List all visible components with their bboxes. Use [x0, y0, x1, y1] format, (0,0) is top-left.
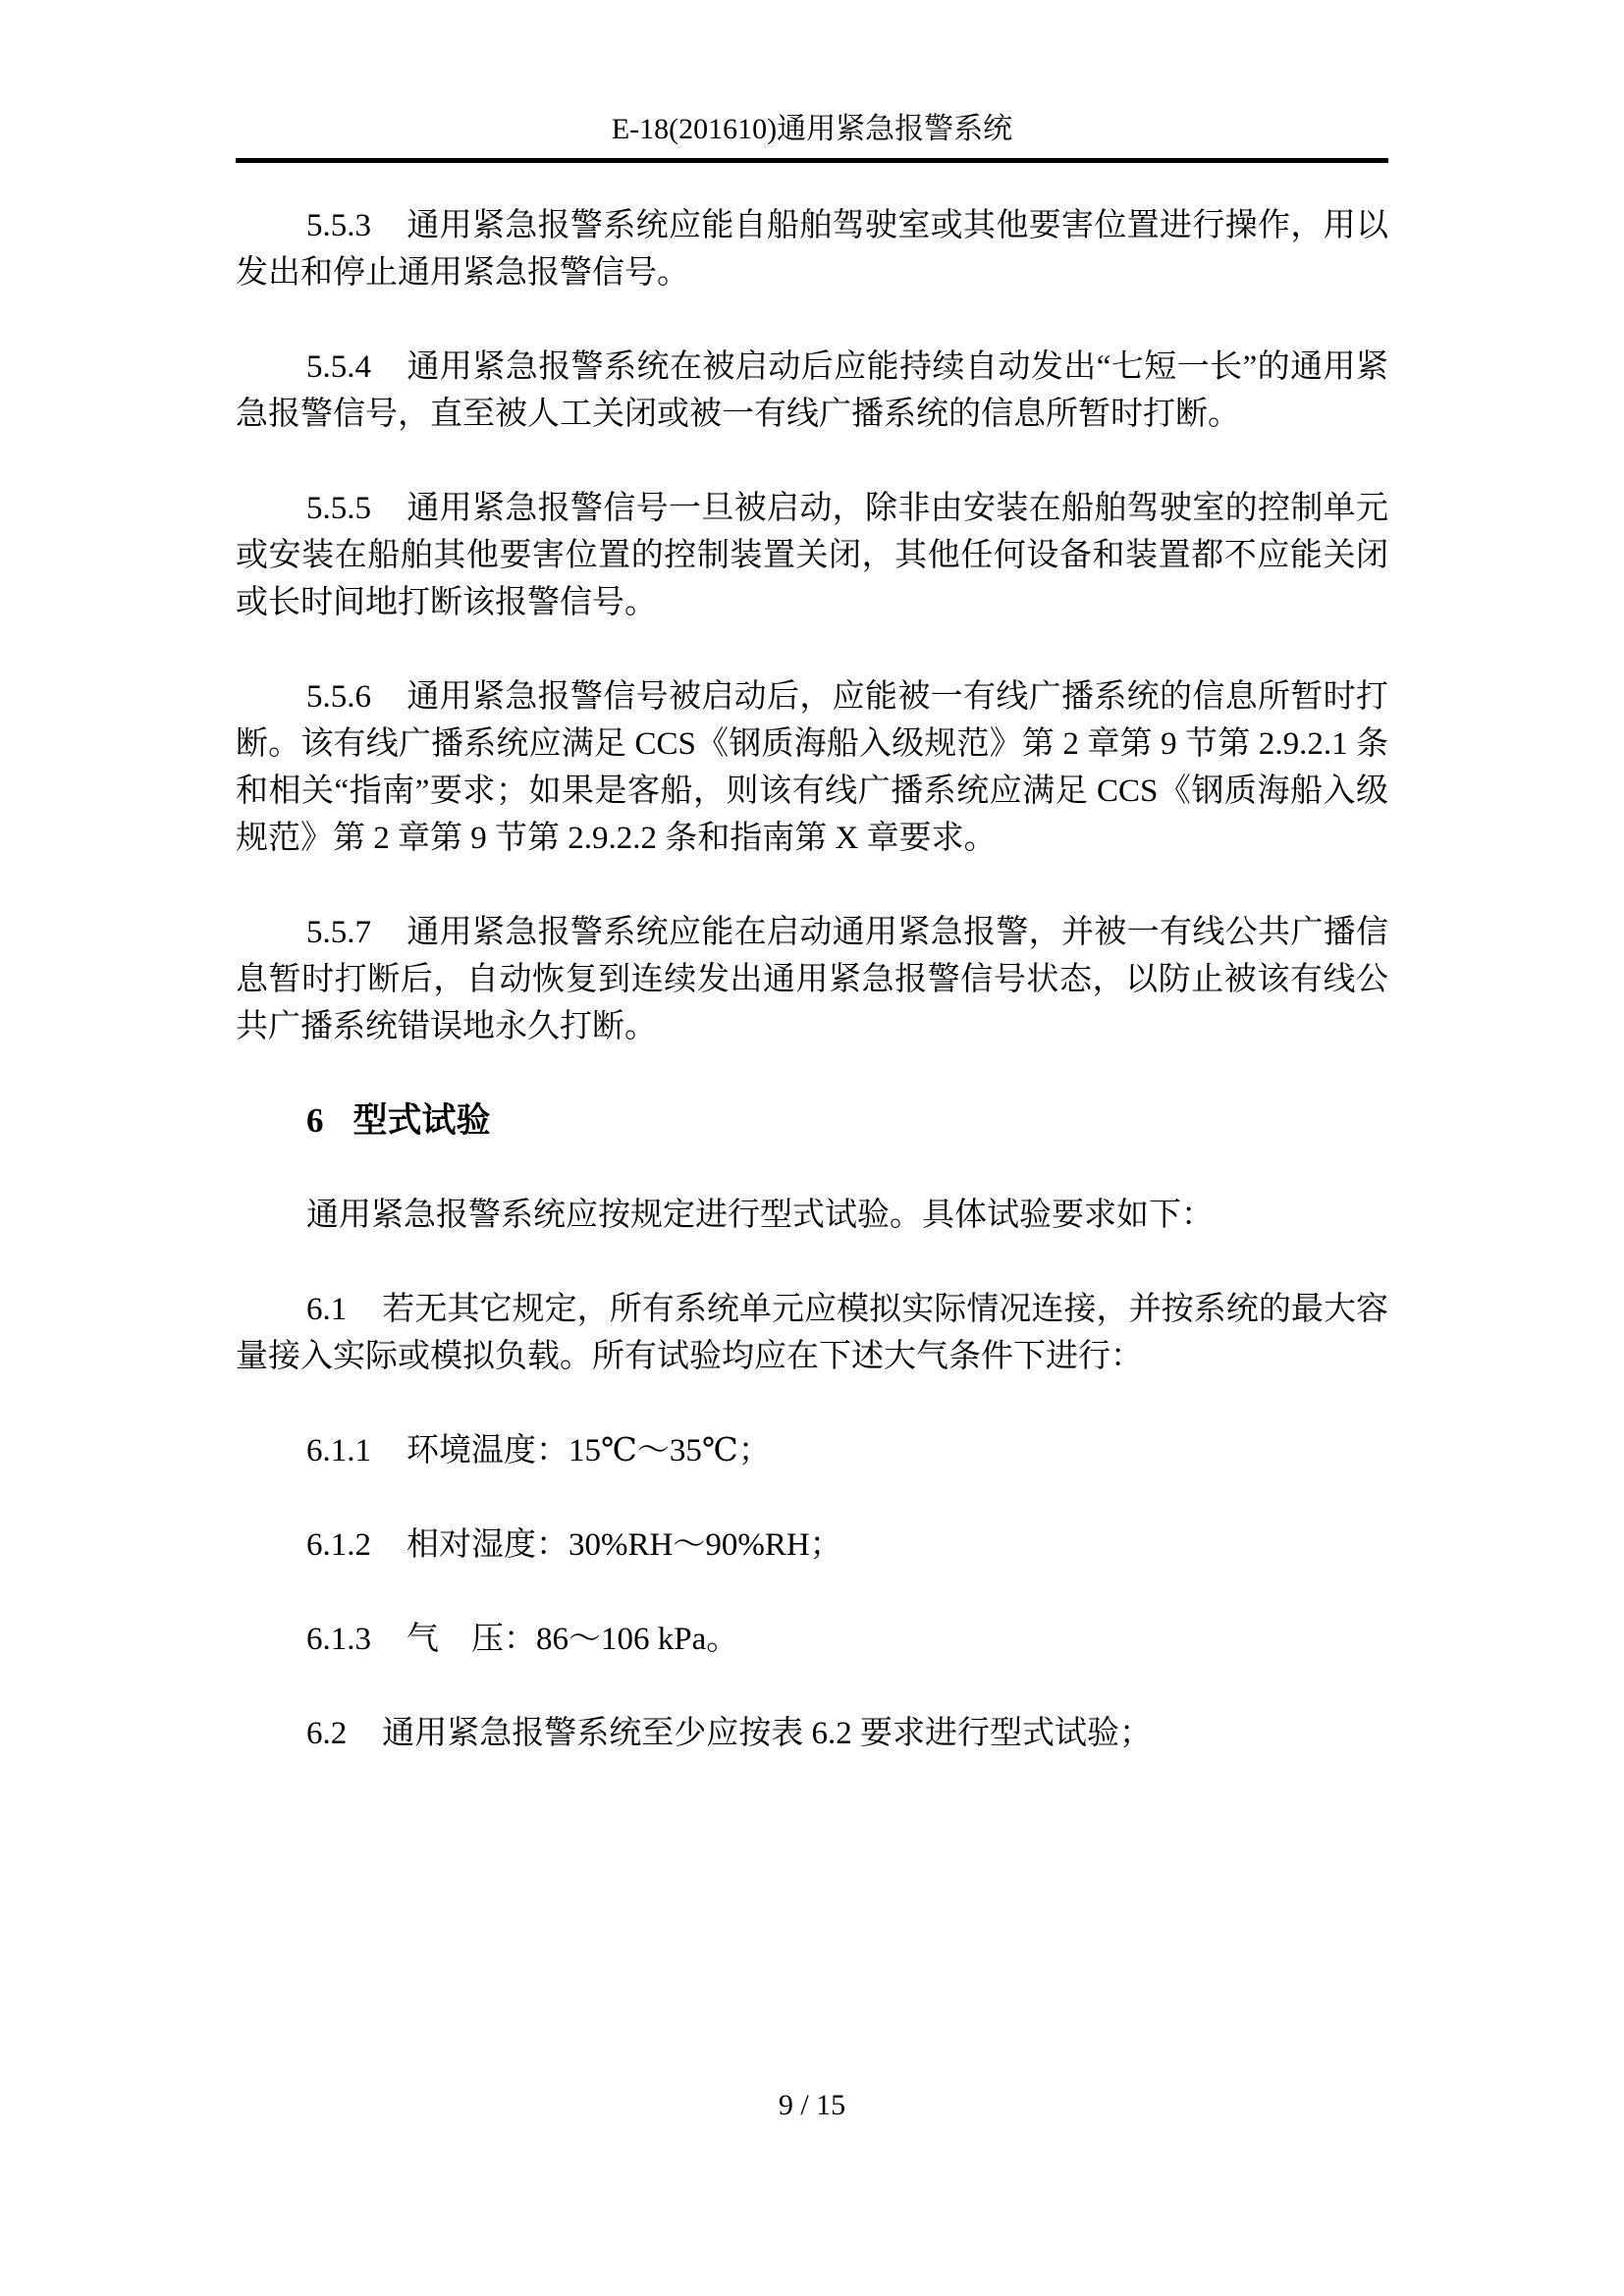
clause-number: 5.5.4: [306, 349, 371, 385]
clause-5-5-4: 5.5.4通用紧急报警系统在被启动后应能持续自动发出“七短一长”的通用紧急报警信…: [236, 344, 1388, 438]
clause-text: 通用紧急报警信号一旦被启动，除非由安装在船舶驾驶室的控制单元或安装在船舶其他要害…: [236, 491, 1388, 620]
section-intro-paragraph: 通用紧急报警系统应按规定进行型式试验。具体试验要求如下：: [236, 1192, 1388, 1239]
clause-text: 若无其它规定，所有系统单元应模拟实际情况连接，并按系统的最大容量接入实际或模拟负…: [236, 1292, 1388, 1374]
clause-5-5-3: 5.5.3通用紧急报警系统应能自船舶驾驶室或其他要害位置进行操作，用以发出和停止…: [236, 202, 1388, 296]
clause-number: 5.5.7: [306, 915, 371, 950]
clause-number: 6.1.2: [306, 1527, 371, 1563]
clause-text: 气 压：86～106 kPa。: [406, 1622, 738, 1657]
clause-text: 通用紧急报警系统应能在启动通用紧急报警，并被一有线公共广播信息暂时打断后，自动恢…: [236, 915, 1388, 1044]
clause-text: 环境温度：15℃～35℃；: [406, 1433, 771, 1468]
clause-number: 5.5.6: [306, 679, 371, 715]
clause-text: 通用紧急报警系统至少应按表 6.2 要求进行型式试验；: [382, 1716, 1152, 1751]
page-number: 9 / 15: [0, 2087, 1624, 2124]
clause-number: 6.1: [306, 1292, 347, 1327]
paragraph-text: 通用紧急报警系统应按规定进行型式试验。具体试验要求如下：: [306, 1198, 1214, 1233]
header-rule: [236, 158, 1388, 163]
section-heading-6: 6型式试验: [236, 1097, 1388, 1145]
clause-5-5-6: 5.5.6通用紧急报警信号被启动后，应能被一有线广播系统的信息所暂时打断。该有线…: [236, 673, 1388, 862]
clause-6-1-3: 6.1.3气 压：86～106 kPa。: [236, 1616, 1388, 1663]
clause-text: 通用紧急报警系统在被启动后应能持续自动发出“七短一长”的通用紧急报警信号，直至被…: [236, 349, 1388, 432]
section-title: 型式试验: [353, 1101, 491, 1140]
document-body: 5.5.3通用紧急报警系统应能自船舶驾驶室或其他要害位置进行操作，用以发出和停止…: [236, 202, 1388, 1804]
clause-6-1-2: 6.1.2相对湿度：30%RH～90%RH；: [236, 1522, 1388, 1569]
section-number: 6: [306, 1101, 324, 1140]
document-page: E-18(201610)通用紧急报警系统 5.5.3通用紧急报警系统应能自船舶驾…: [0, 0, 1624, 2296]
clause-6-1: 6.1若无其它规定，所有系统单元应模拟实际情况连接，并按系统的最大容量接入实际或…: [236, 1286, 1388, 1380]
clause-number: 6.2: [306, 1716, 347, 1751]
header-title: E-18(201610)通用紧急报警系统: [236, 112, 1388, 147]
clause-number: 5.5.3: [306, 208, 371, 243]
clause-number: 6.1.1: [306, 1433, 371, 1468]
clause-text: 相对湿度：30%RH～90%RH；: [406, 1527, 842, 1563]
clause-5-5-5: 5.5.5通用紧急报警信号一旦被启动，除非由安装在船舶驾驶室的控制单元或安装在船…: [236, 485, 1388, 626]
clause-text: 通用紧急报警系统应能自船舶驾驶室或其他要害位置进行操作，用以发出和停止通用紧急报…: [236, 208, 1388, 291]
clause-6-2: 6.2通用紧急报警系统至少应按表 6.2 要求进行型式试验；: [236, 1710, 1388, 1757]
clause-number: 6.1.3: [306, 1622, 371, 1657]
clause-6-1-1: 6.1.1环境温度：15℃～35℃；: [236, 1427, 1388, 1474]
clause-number: 5.5.5: [306, 491, 371, 526]
clause-5-5-7: 5.5.7通用紧急报警系统应能在启动通用紧急报警，并被一有线公共广播信息暂时打断…: [236, 909, 1388, 1050]
clause-text: 通用紧急报警信号被启动后，应能被一有线广播系统的信息所暂时打断。该有线广播系统应…: [236, 679, 1388, 856]
